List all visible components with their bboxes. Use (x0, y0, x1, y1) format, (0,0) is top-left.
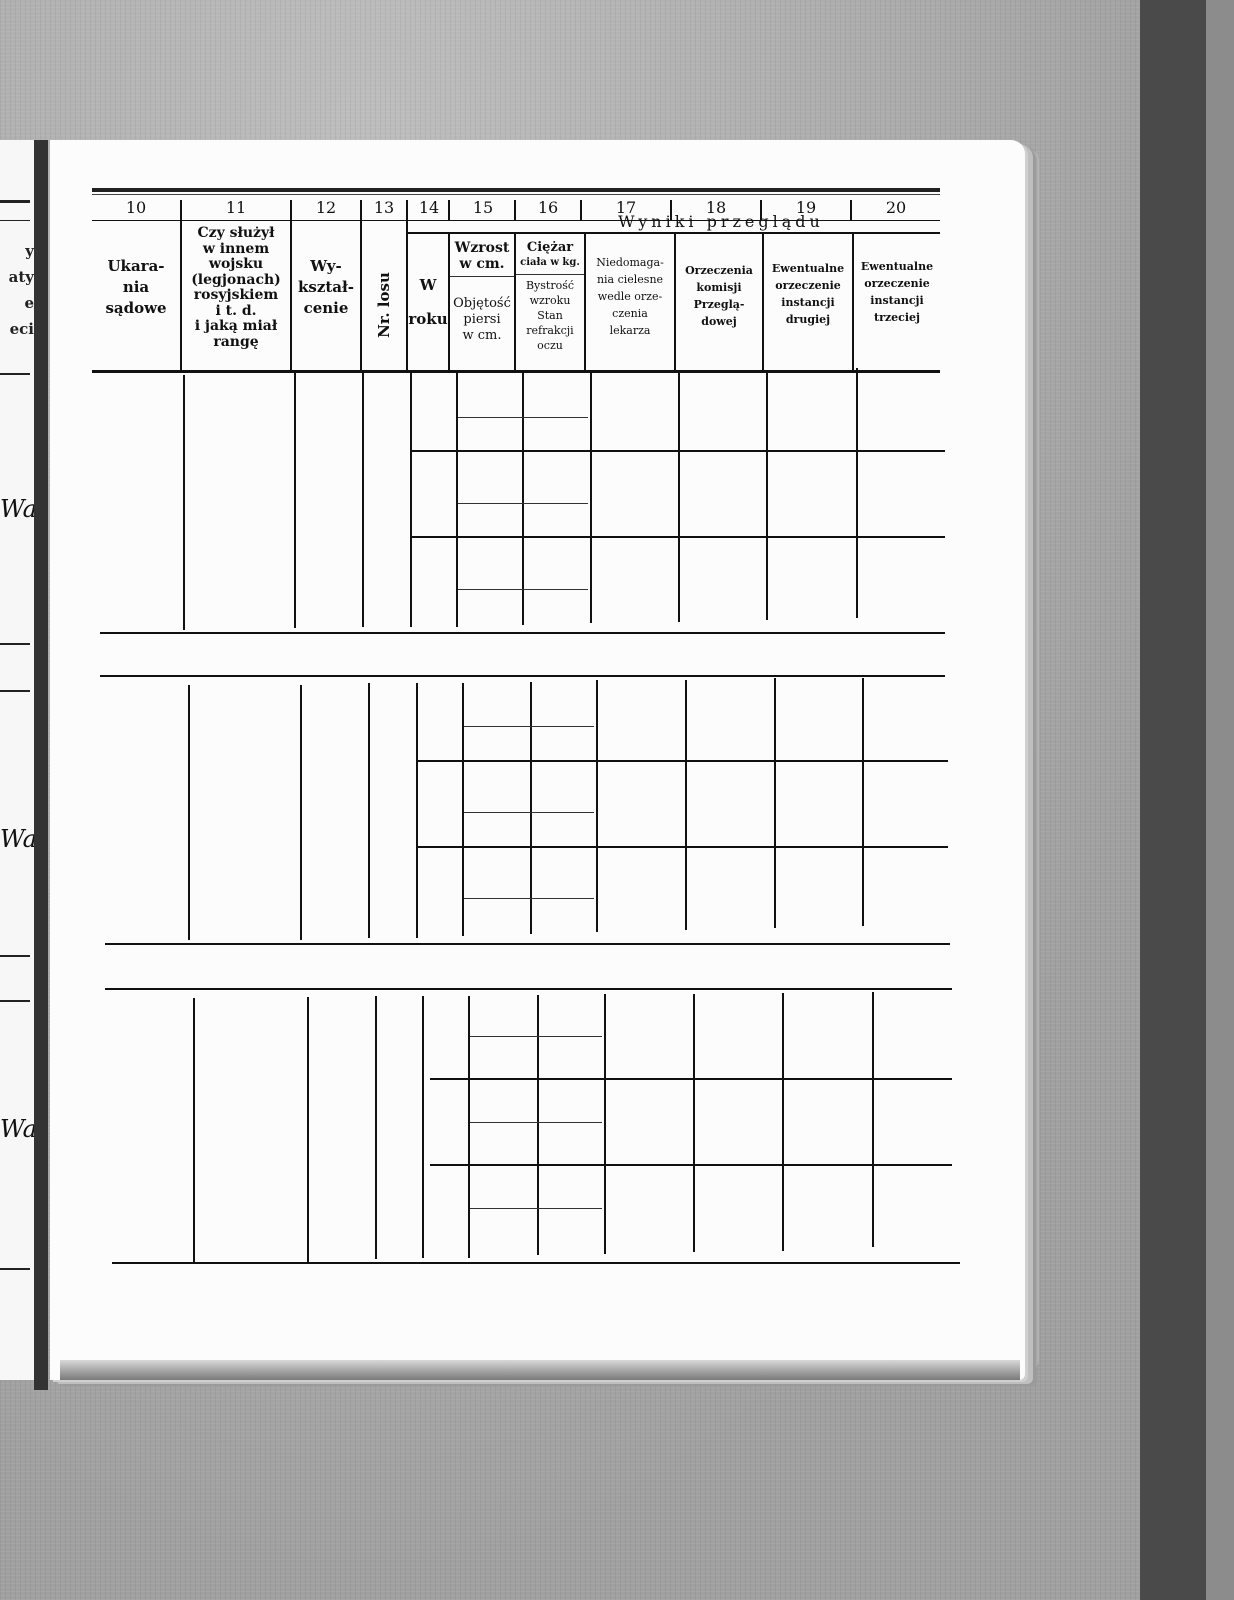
column-line (193, 998, 195, 1263)
column-line (872, 992, 874, 1247)
subrow-divider (458, 503, 588, 504)
subheader-rule (450, 276, 514, 277)
left-rule (0, 643, 30, 645)
row-divider (416, 846, 948, 848)
column-line (604, 994, 606, 1254)
column-line (782, 993, 784, 1251)
column-line (590, 370, 592, 623)
subrow-divider (470, 1122, 602, 1123)
column-line (368, 683, 370, 938)
column-line (183, 375, 185, 630)
row-divider (410, 450, 945, 452)
header-wzrost: Wzrost w cm. (450, 240, 514, 272)
column-line (422, 996, 424, 1258)
column-line (362, 372, 364, 627)
column-line (862, 678, 864, 926)
number-separator (448, 200, 450, 220)
header-orzeczenia-komisji: Orzeczenia komisji Przeglą- dowej (676, 262, 762, 330)
handwritten-name: Walak (0, 825, 34, 853)
column-number-13: 13 (362, 198, 406, 218)
column-line (307, 997, 309, 1262)
header-niedomagania-cielesne: Niedomaga- nia cielesne wedle orze- czen… (586, 254, 674, 339)
subrow-divider (470, 1208, 602, 1209)
column-line (678, 370, 680, 622)
left-rule (0, 1268, 30, 1270)
handwritten-name: Wacław (0, 495, 34, 523)
row-divider (416, 760, 948, 762)
subheader-rule (516, 274, 584, 275)
column-line (693, 994, 695, 1252)
column-number-12: 12 (292, 198, 360, 218)
column-number-10: 10 (92, 198, 180, 218)
column-line (375, 996, 377, 1259)
header-objetosc-piersi: Objętość piersi w cm. (450, 296, 514, 344)
column-line (300, 685, 302, 940)
group-header-wyniki-przegladu: Wyniki przeglądu (502, 212, 940, 231)
left-rule (0, 1000, 30, 1002)
top-rule-thin (92, 194, 940, 195)
left-rule (0, 690, 30, 692)
subrow-divider (470, 1036, 602, 1037)
header-bystrosc-wzroku: Bystrość wzroku Stan refrakcji oczu (516, 278, 584, 353)
scanner-shadow-band (1140, 0, 1206, 1600)
row-divider (430, 1078, 952, 1080)
scanner-edge (1206, 0, 1234, 1600)
column-line (416, 683, 418, 938)
column-line (856, 368, 858, 618)
subrow-divider (458, 589, 588, 590)
subrow-divider (464, 726, 594, 727)
page-edge (1025, 150, 1039, 1370)
left-rule (0, 220, 30, 221)
top-double-rule (92, 188, 940, 192)
column-line (537, 995, 539, 1255)
column-number-11: 11 (182, 198, 290, 218)
book-spine (34, 140, 48, 1390)
column-line (530, 682, 532, 934)
page-bottom-edge (60, 1360, 1020, 1380)
subrow-divider (464, 812, 594, 813)
subrow-divider (458, 417, 588, 418)
column-line (522, 372, 524, 625)
row-divider (410, 536, 945, 538)
left-header-fragment: e (0, 290, 34, 316)
column-line (596, 680, 598, 932)
block-top-rule (100, 675, 945, 677)
subrow-divider (464, 898, 594, 899)
header-nr-losu: Nr. losu (362, 250, 406, 360)
block-bottom-rule (112, 1262, 960, 1264)
header-sluzba-w-innem-wojsku: Czy służył w innem wojsku (legjonach) ro… (182, 226, 290, 350)
header-instancja-trzecia: Ewentualne orzeczenie instancji trzeciej (854, 258, 940, 326)
left-rule (0, 955, 30, 957)
column-number-14: 14 (408, 198, 450, 218)
header-ciezar-ciala: Ciężar ciała w kg. (516, 240, 584, 270)
left-header-fragment: y (0, 238, 34, 264)
column-line (766, 370, 768, 620)
column-line (294, 373, 296, 628)
column-line (685, 680, 687, 930)
block-top-rule (105, 988, 952, 990)
block-bottom-rule (100, 632, 945, 634)
column-line (410, 372, 412, 627)
column-line (774, 678, 776, 928)
left-header-fragment: eci (0, 316, 34, 342)
header-wyksztalcenie: Wy- kształ- cenie (292, 256, 360, 319)
row-divider (430, 1164, 952, 1166)
left-rule (0, 373, 30, 375)
header-ukarania-sadowe: Ukara- nia sądowe (92, 256, 180, 319)
left-rule (0, 200, 30, 203)
handwritten-name: Wacław (0, 1115, 34, 1143)
block-bottom-rule (105, 943, 950, 945)
column-line (188, 685, 190, 940)
header-instancja-druga: Ewentualne orzeczenie instancji drugiej (764, 260, 852, 328)
header-bottom-rule (92, 370, 940, 373)
left-header-fragment: aty (0, 264, 34, 290)
header-w-roku: W roku (408, 268, 448, 336)
